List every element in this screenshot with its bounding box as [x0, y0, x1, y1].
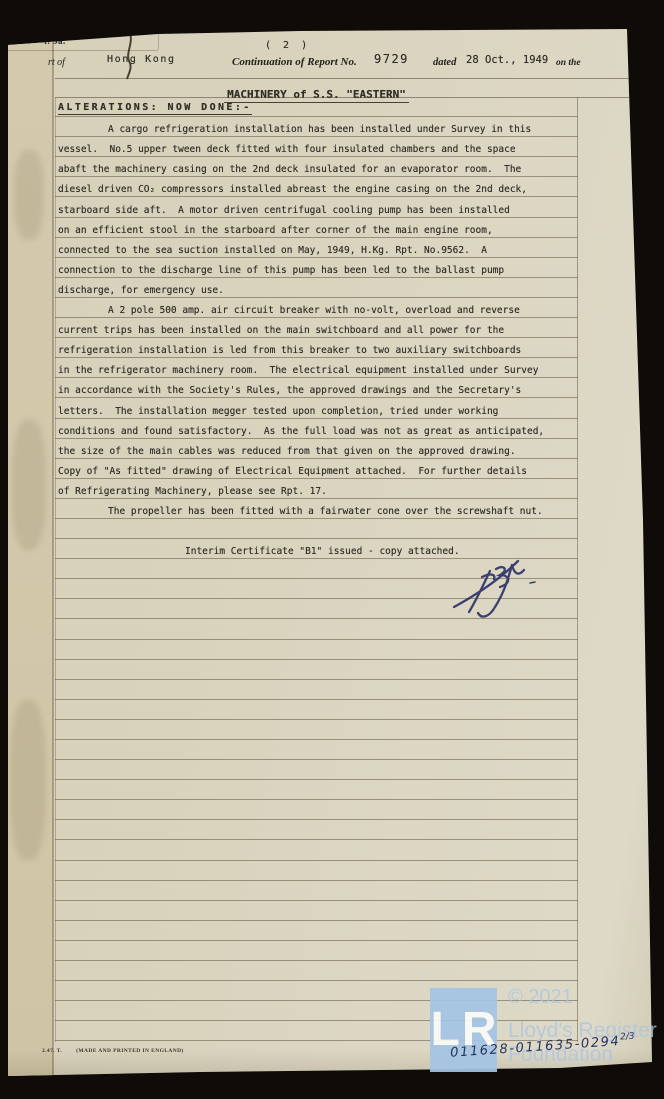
blank-ruled-line [55, 800, 578, 820]
text-line: conditions and found satisfactory. As th… [55, 419, 578, 439]
blank-ruled-line [55, 1021, 578, 1041]
text-line: The propeller has been fitted with a fai… [55, 499, 578, 519]
blank-ruled-line [55, 1001, 578, 1021]
page-edge-shadow [52, 31, 54, 1076]
report-date: 28 Oct., 1949 [466, 54, 548, 66]
right-margin-rule [577, 97, 578, 1042]
text-line: on an efficient stool in the starboard a… [55, 218, 578, 238]
dated-label: dated [433, 57, 456, 68]
text-line: ALTERATIONS: NOW DONE:- [55, 97, 578, 117]
ink-showthrough [10, 700, 46, 860]
text-line: A 2 pole 500 amp. air circuit breaker wi… [55, 298, 578, 318]
blank-ruled-line [55, 840, 578, 860]
blank-ruled-line [55, 680, 578, 700]
blank-ruled-line [55, 700, 578, 720]
blank-ruled-line [55, 941, 578, 961]
text-line: connected to the sea suction installed o… [55, 238, 578, 258]
blank-ruled-line [55, 780, 578, 800]
paper-crease [158, 34, 159, 50]
blank-ruled-line [55, 660, 578, 680]
text-line: abaft the machinery casing on the 2nd de… [55, 157, 578, 177]
paper-tear-mark [120, 30, 142, 80]
page-fraction: 2/3 [620, 1032, 635, 1043]
text-line: refrigeration installation is led from t… [55, 338, 578, 358]
blank-ruled-line [55, 861, 578, 881]
text-line: vessel. No.5 upper tween deck fitted wit… [55, 137, 578, 157]
text-line: current trips has been installed on the … [55, 318, 578, 338]
blank-ruled-line [55, 981, 578, 1001]
blank-ruled-line [55, 640, 578, 660]
printers-imprint: 2.47. T.(MADE AND PRINTED IN ENGLAND) [42, 1048, 184, 1054]
text-line: starboard side aft. A motor driven centr… [55, 197, 578, 217]
scanned-report-page: t. 9a. ( 2 ) rt of Hong Kong Continuatio… [0, 0, 664, 1099]
blank-ruled-line [55, 921, 578, 941]
report-number: 9729 [374, 52, 409, 66]
watermark-copyright: © 2021 [508, 986, 573, 1009]
form-reference: t. 9a. [44, 36, 66, 46]
ink-showthrough [12, 420, 46, 550]
text-line: connection to the discharge line of this… [55, 258, 578, 278]
blank-ruled-line [55, 961, 578, 981]
blank-ruled-line [55, 881, 578, 901]
surveyor-signature [438, 549, 550, 637]
text-line: letters. The installation megger tested … [55, 398, 578, 418]
ink-showthrough [14, 150, 44, 240]
page-number: ( 2 ) [265, 40, 310, 51]
print-code: 2.47. T. [42, 1048, 62, 1054]
corner-fold-mark [628, 86, 640, 102]
left-margin-rule [55, 97, 56, 1042]
text-line: of Refrigerating Machinery, please see R… [55, 479, 578, 499]
text-line: A cargo refrigeration installation has b… [55, 117, 578, 137]
text-line: Copy of "As fitted" drawing of Electrica… [55, 459, 578, 479]
blank-ruled-line [55, 820, 578, 840]
text-line: discharge, for emergency use. [55, 278, 578, 298]
blank-ruled-line [55, 720, 578, 740]
paper-sheet: t. 9a. ( 2 ) rt of Hong Kong Continuatio… [0, 0, 664, 1099]
printed-in-england-note: (MADE AND PRINTED IN ENGLAND) [76, 1048, 184, 1054]
on-the-label: on the [556, 58, 581, 68]
port-of-label: rt of [48, 57, 65, 68]
text-line: in the refrigerator machinery room. The … [55, 358, 578, 378]
continuation-label: Continuation of Report No. [232, 56, 357, 68]
blank-ruled-line [55, 740, 578, 760]
header-rule [55, 78, 643, 79]
blank-ruled-line [55, 760, 578, 780]
text-line: in accordance with the Society's Rules, … [55, 378, 578, 398]
blank-ruled-line [55, 901, 578, 921]
text-line: diesel driven CO₂ compressors installed … [55, 177, 578, 197]
text-line: the size of the main cables was reduced … [55, 439, 578, 459]
blank-ruled-line [55, 519, 578, 539]
